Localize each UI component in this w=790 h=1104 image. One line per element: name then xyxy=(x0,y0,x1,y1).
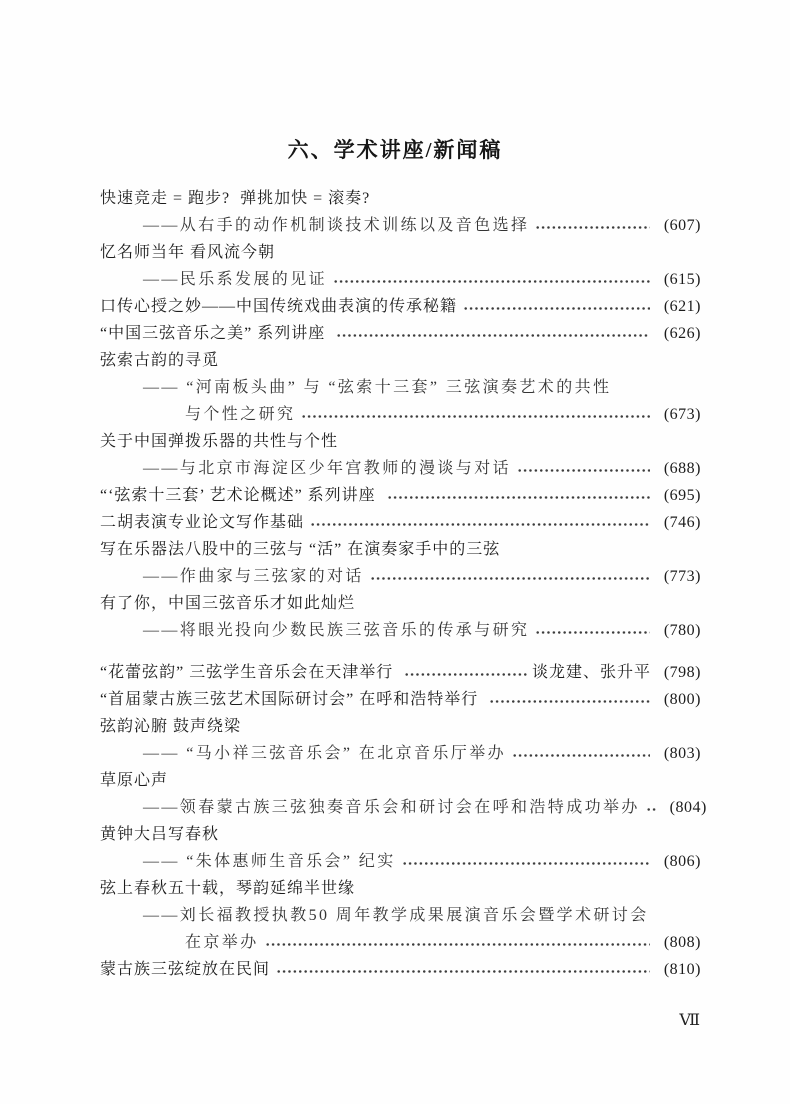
toc-entry: 与个性之研究(673) xyxy=(100,401,701,428)
toc-entry: “中国三弦音乐之美” 系列讲座 (626) xyxy=(100,320,701,347)
toc-entry-text: ——作曲家与三弦家的对话 xyxy=(143,563,364,590)
toc-entry: 快速竞走 = 跑步? 弹挑加快 = 滚奏? xyxy=(100,185,701,212)
toc-entry-text: 蒙古族三弦绽放在民间 xyxy=(100,956,270,983)
toc-entry-text: 忆名师当年 看风流今朝 xyxy=(100,239,275,266)
toc-entry-page: (621) xyxy=(655,293,701,320)
toc-entry-text: 弦上春秋五十载，琴韵延绵半世缘 xyxy=(100,875,355,902)
toc-entry-text: 口传心授之妙——中国传统戏曲表演的传承秘籍 xyxy=(100,293,457,320)
dot-leader xyxy=(402,848,650,875)
toc-entry-text: 黄钟大吕写春秋 xyxy=(100,821,219,848)
toc-entry-page: (804) xyxy=(661,794,707,821)
toc-entry-text: 快速竞走 = 跑步? 弹挑加快 = 滚奏? xyxy=(100,185,370,212)
dot-leader xyxy=(301,401,650,428)
toc-entry: ——领春蒙古族三弦独奏音乐会和研讨会在呼和浩特成功举办(804) xyxy=(100,794,701,821)
toc-entry: 忆名师当年 看风流今朝 xyxy=(100,239,701,266)
toc-entry: “‘弦索十三套’ 艺术论概述” 系列讲座 (695) xyxy=(100,482,701,509)
dot-leader xyxy=(512,740,650,767)
toc-entry-page: (688) xyxy=(655,455,701,482)
toc-entry-text: ——民乐系发展的见证 xyxy=(143,266,327,293)
dot-leader xyxy=(517,455,650,482)
toc-entry: 口传心授之妙——中国传统戏曲表演的传承秘籍(621) xyxy=(100,293,701,320)
toc-entry-text: 写在乐器法八股中的三弦与 “活” 在演奏家手中的三弦 xyxy=(100,536,500,563)
toc-entry: —— “朱体惠师生音乐会” 纪实(806) xyxy=(100,848,701,875)
toc-entry: 关于中国弹拨乐器的共性与个性 xyxy=(100,428,701,455)
toc-entry-page: (673) xyxy=(655,401,701,428)
toc-entry: “花蕾弦韵” 三弦学生音乐会在天津举行 谈龙建、张升平(798) xyxy=(100,659,701,686)
toc-entry: 写在乐器法八股中的三弦与 “活” 在演奏家手中的三弦 xyxy=(100,536,701,563)
toc-entry: 有了你，中国三弦音乐才如此灿烂 xyxy=(100,590,701,617)
dot-leader xyxy=(463,293,650,320)
page-number: Ⅶ xyxy=(100,1010,700,1030)
toc-entry-text: —— “朱体惠师生音乐会” 纪实 xyxy=(143,848,396,875)
toc-entry-text: 弦索古韵的寻觅 xyxy=(100,347,219,374)
toc-entry-page: (780) xyxy=(655,617,701,644)
toc-entry: —— “河南板头曲” 与 “弦索十三套” 三弦演奏艺术的共性 xyxy=(100,374,701,401)
toc-entry-text: 弦韵沁腑 鼓声绕梁 xyxy=(100,713,241,740)
toc-entry-text: ——与北京市海淀区少年宫教师的漫谈与对话 xyxy=(143,455,511,482)
toc-entry-page: (626) xyxy=(655,320,701,347)
toc-entry-text: “花蕾弦韵” 三弦学生音乐会在天津举行 xyxy=(100,659,398,686)
dot-leader xyxy=(646,794,656,821)
dot-leader xyxy=(387,482,650,509)
dot-leader xyxy=(489,686,650,713)
toc-entry-authors: 谈龙建、张升平 xyxy=(532,659,651,686)
dot-leader xyxy=(404,659,527,686)
dot-leader xyxy=(333,266,650,293)
toc-entry: ——作曲家与三弦家的对话(773) xyxy=(100,563,701,590)
toc-entry-page: (607) xyxy=(655,212,701,239)
toc-entry-text: 在京举办 xyxy=(185,929,259,956)
toc-entry: ——与北京市海淀区少年宫教师的漫谈与对话(688) xyxy=(100,455,701,482)
toc-entry-text: 二胡表演专业论文写作基础 xyxy=(100,509,304,536)
dot-leader xyxy=(535,212,650,239)
toc-entry-page: (746) xyxy=(655,509,701,536)
toc-entry-text: “‘弦索十三套’ 艺术论概述” 系列讲座 xyxy=(100,482,381,509)
toc-entry: 蒙古族三弦绽放在民间(810) xyxy=(100,956,701,983)
toc-entry-text: 与个性之研究 xyxy=(185,401,295,428)
toc-entry: “首届蒙古族三弦艺术国际研讨会” 在呼和浩特举行 (800) xyxy=(100,686,701,713)
toc-entry-page: (773) xyxy=(655,563,701,590)
toc-entry-text: ——从右手的动作机制谈技术训练以及音色选择 xyxy=(143,212,529,239)
toc-list: 快速竞走 = 跑步? 弹挑加快 = 滚奏?——从右手的动作机制谈技术训练以及音色… xyxy=(100,185,701,983)
toc-entry: ——将眼光投向少数民族三弦音乐的传承与研究(780) xyxy=(100,617,701,644)
toc-entry-page: (798) xyxy=(655,659,701,686)
toc-entry-page: (808) xyxy=(655,929,701,956)
toc-entry: 黄钟大吕写春秋 xyxy=(100,821,701,848)
toc-entry: ——刘长福教授执教50 周年教学成果展演音乐会暨学术研讨会 xyxy=(100,902,701,929)
toc-entry: 弦上春秋五十载，琴韵延绵半世缘 xyxy=(100,875,701,902)
toc-entry: 草原心声 xyxy=(100,767,701,794)
toc-entry-text: —— “河南板头曲” 与 “弦索十三套” 三弦演奏艺术的共性 xyxy=(143,374,611,401)
dot-leader xyxy=(310,509,650,536)
toc-entry-text: ——领春蒙古族三弦独奏音乐会和研讨会在呼和浩特成功举办 xyxy=(143,794,640,821)
toc-entry-page: (695) xyxy=(655,482,701,509)
toc-entry-text: —— “马小祥三弦音乐会” 在北京音乐厅举办 xyxy=(143,740,506,767)
dot-leader xyxy=(370,563,650,590)
toc-entry-page: (800) xyxy=(655,686,701,713)
toc-entry: 二胡表演专业论文写作基础(746) xyxy=(100,509,701,536)
toc-entry-text: ——刘长福教授执教50 周年教学成果展演音乐会暨学术研讨会 xyxy=(143,902,649,929)
toc-entry: 弦索古韵的寻觅 xyxy=(100,347,701,374)
toc-entry-page: (806) xyxy=(655,848,701,875)
toc-entry-text: “中国三弦音乐之美” 系列讲座 xyxy=(100,320,330,347)
toc-entry: —— “马小祥三弦音乐会” 在北京音乐厅举办(803) xyxy=(100,740,701,767)
toc-entry-text: “首届蒙古族三弦艺术国际研讨会” 在呼和浩特举行 xyxy=(100,686,483,713)
toc-entry: ——民乐系发展的见证(615) xyxy=(100,266,701,293)
dot-leader xyxy=(336,320,650,347)
toc-entry: ——从右手的动作机制谈技术训练以及音色选择(607) xyxy=(100,212,701,239)
toc-entry-text: 有了你，中国三弦音乐才如此灿烂 xyxy=(100,590,355,617)
toc-entry-page: (615) xyxy=(655,266,701,293)
toc-entry-page: (810) xyxy=(655,956,701,983)
toc-entry-text: ——将眼光投向少数民族三弦音乐的传承与研究 xyxy=(143,617,529,644)
dot-leader xyxy=(535,617,650,644)
toc-entry: 弦韵沁腑 鼓声绕梁 xyxy=(100,713,701,740)
toc-entry-text: 关于中国弹拨乐器的共性与个性 xyxy=(100,428,338,455)
toc-entry-page: (803) xyxy=(655,740,701,767)
dot-leader xyxy=(276,956,650,983)
toc-entry-text: 草原心声 xyxy=(100,767,168,794)
toc-entry: 在京举办(808) xyxy=(100,929,701,956)
dot-leader xyxy=(265,929,650,956)
page-title: 六、学术讲座/新闻稿 xyxy=(0,134,790,164)
